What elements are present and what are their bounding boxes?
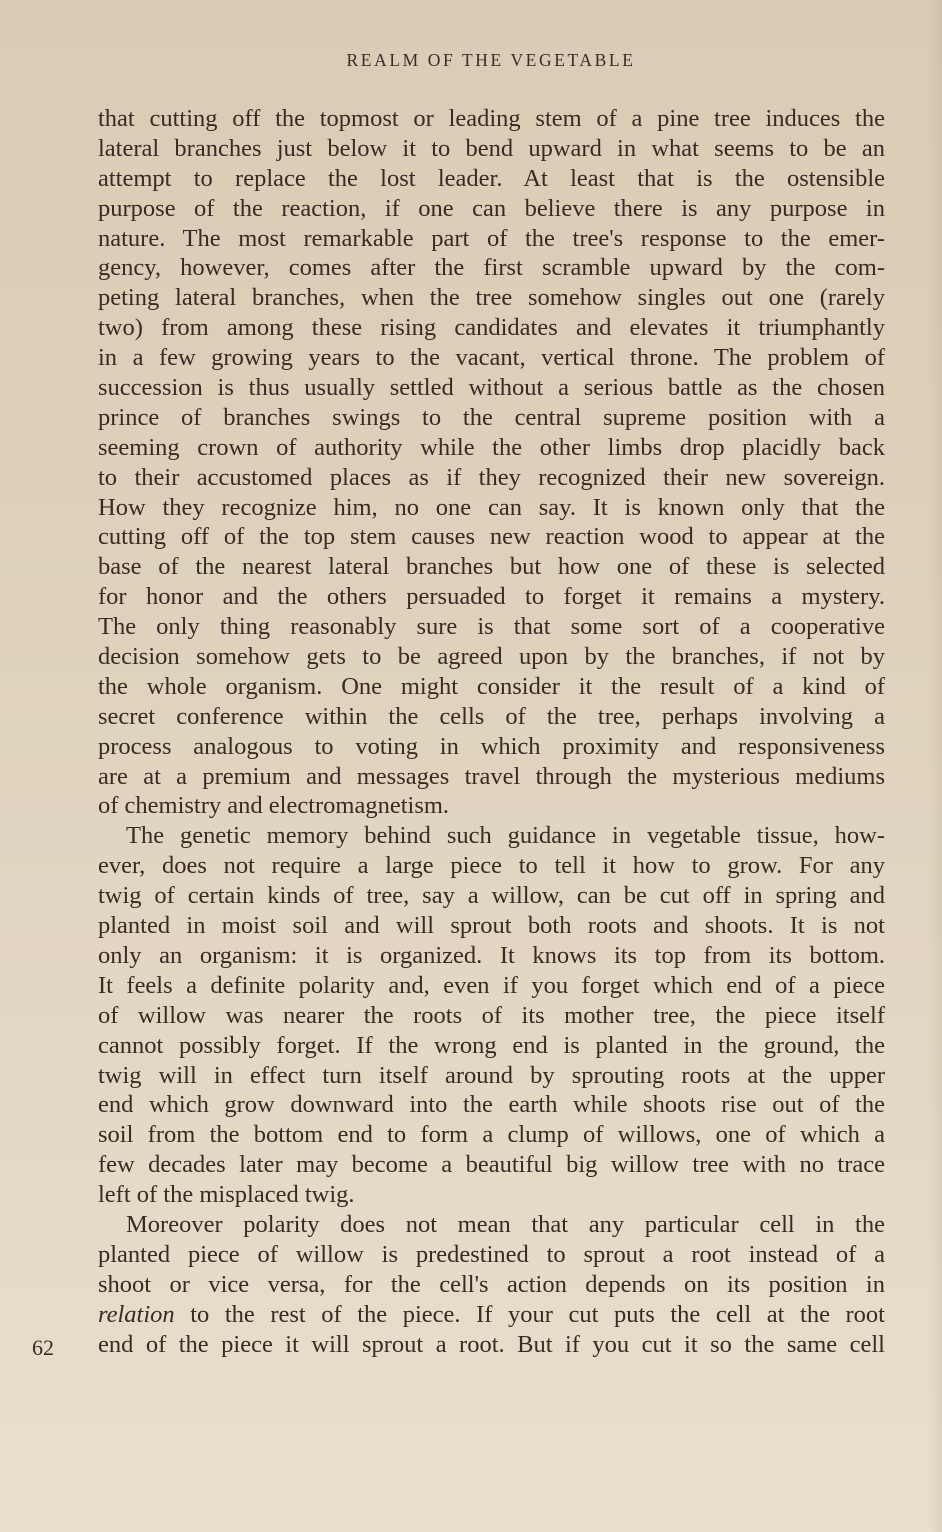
- text-line: prince of branches swings to the central…: [98, 403, 885, 433]
- text-line: The only thing reasonably sure is that s…: [98, 612, 885, 642]
- text-run: to the rest of the piece. If your cut pu…: [175, 1301, 885, 1328]
- text-line: lateral branches just below it to bend u…: [98, 134, 885, 164]
- text-line: purpose of the reaction, if one can beli…: [98, 194, 885, 224]
- text-line: twig of certain kinds of tree, say a wil…: [98, 881, 885, 911]
- text-line: decision somehow gets to be agreed upon …: [98, 642, 885, 672]
- text-line: of chemistry and electromagnetism.: [98, 791, 885, 821]
- text-line: process analogous to voting in which pro…: [98, 732, 885, 762]
- page-edge-shadow: [928, 0, 942, 1532]
- text-line: seeming crown of authority while the oth…: [98, 433, 885, 463]
- text-line: only an organism: it is organized. It kn…: [98, 941, 885, 971]
- italic-emphasis: relation: [98, 1301, 175, 1328]
- text-line: Moreover polarity does not mean that any…: [98, 1210, 885, 1240]
- paragraph-2: The genetic memory behind such guidance …: [98, 821, 885, 1210]
- text-line: end which grow downward into the earth w…: [98, 1090, 885, 1120]
- text-line: twig will in effect turn itself around b…: [98, 1061, 885, 1091]
- book-page: REALM OF THE VEGETABLE that cutting off …: [0, 0, 942, 1532]
- text-line: attempt to replace the lost leader. At l…: [98, 164, 885, 194]
- text-line: cannot possibly forget. If the wrong end…: [98, 1031, 885, 1061]
- text-line: relation to the rest of the piece. If yo…: [98, 1300, 885, 1330]
- text-line: ever, does not require a large piece to …: [98, 851, 885, 881]
- paragraph-3: Moreover polarity does not mean that any…: [98, 1210, 885, 1359]
- text-line: to their accustomed places as if they re…: [98, 463, 885, 493]
- text-line: planted in moist soil and will sprout bo…: [98, 911, 885, 941]
- page-number: 62: [32, 1335, 54, 1361]
- text-line: in a few growing years to the vacant, ve…: [98, 343, 885, 373]
- text-line: end of the piece it will sprout a root. …: [98, 1330, 885, 1360]
- text-line: The genetic memory behind such guidance …: [98, 821, 885, 851]
- text-line: few decades later may become a beautiful…: [98, 1150, 885, 1180]
- text-line: planted piece of willow is predestined t…: [98, 1240, 885, 1270]
- text-line: base of the nearest lateral branches but…: [98, 552, 885, 582]
- text-line: left of the misplaced twig.: [98, 1180, 885, 1210]
- text-line: succession is thus usually settled witho…: [98, 373, 885, 403]
- text-line: the whole organism. One might consider i…: [98, 672, 885, 702]
- text-line: cutting off of the top stem causes new r…: [98, 522, 885, 552]
- text-line: soil from the bottom end to form a clump…: [98, 1120, 885, 1150]
- text-line: How they recognize him, no one can say. …: [98, 493, 885, 523]
- body-text: that cutting off the topmost or leading …: [98, 104, 885, 1359]
- text-line: that cutting off the topmost or leading …: [98, 104, 885, 134]
- text-line: shoot or vice versa, for the cell's acti…: [98, 1270, 885, 1300]
- running-head: REALM OF THE VEGETABLE: [0, 50, 942, 71]
- text-line: gency, however, comes after the first sc…: [98, 253, 885, 283]
- text-line: two) from among these rising candidates …: [98, 313, 885, 343]
- text-line: secret conference within the cells of th…: [98, 702, 885, 732]
- text-line: are at a premium and messages travel thr…: [98, 762, 885, 792]
- text-line: peting lateral branches, when the tree s…: [98, 283, 885, 313]
- text-line: of willow was nearer the roots of its mo…: [98, 1001, 885, 1031]
- text-line: It feels a definite polarity and, even i…: [98, 971, 885, 1001]
- text-line: for honor and the others persuaded to fo…: [98, 582, 885, 612]
- text-line: nature. The most remarkable part of the …: [98, 224, 885, 254]
- paragraph-1: that cutting off the topmost or leading …: [98, 104, 885, 821]
